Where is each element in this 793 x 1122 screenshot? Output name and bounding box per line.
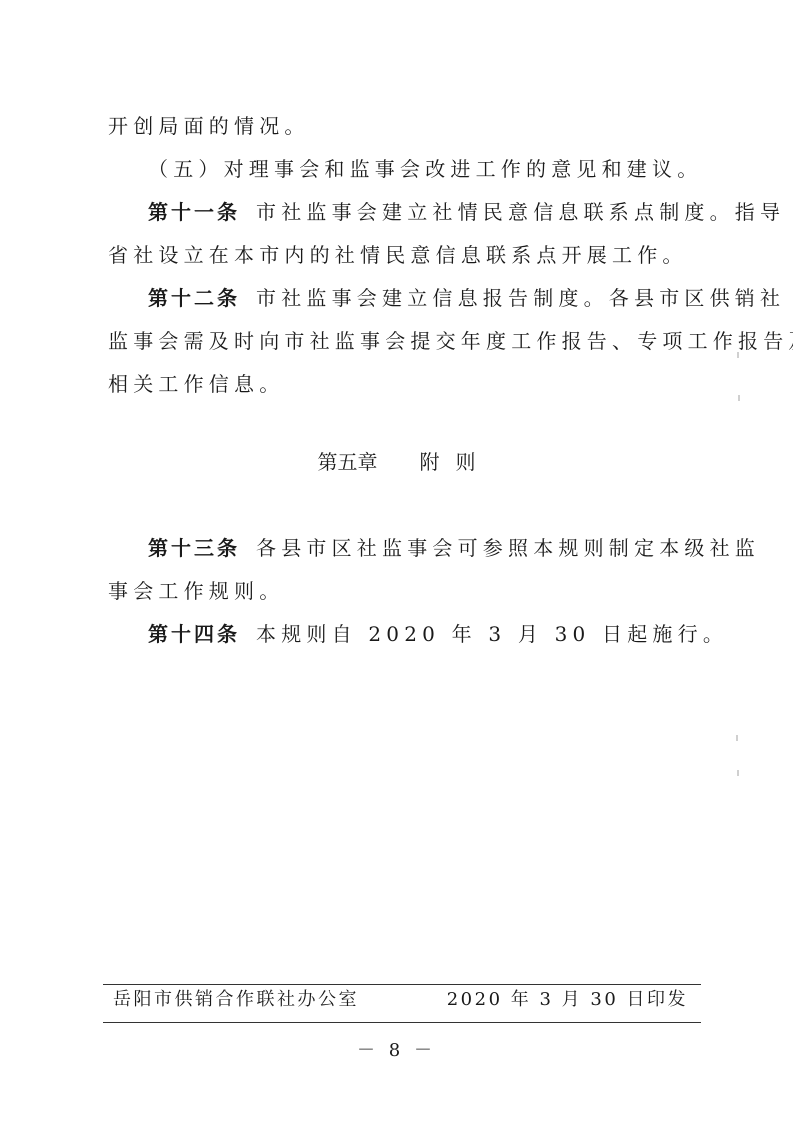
article-13: 第十三条各县市区社监事会可参照本规则制定本级社监	[148, 534, 760, 562]
article-number: 第十三条	[148, 536, 240, 560]
scan-artifact	[738, 395, 740, 401]
article-text: 各县市区社监事会可参照本规则制定本级社监	[256, 536, 760, 560]
scan-artifact	[737, 352, 739, 358]
chapter-title: 附	[420, 450, 440, 474]
article-text: 市社监事会建立信息报告制度。各县市区供销社	[256, 286, 785, 310]
footer-issue-info: 岳阳市供销合作联社办公室 2020 年 3 月 30 日印发	[113, 986, 688, 1014]
article-number: 第十一条	[148, 200, 240, 224]
article-text: 市社监事会建立社情民意信息联系点制度。指导	[256, 200, 785, 224]
chapter-title: 则	[456, 450, 476, 474]
article-number: 第十二条	[148, 286, 240, 310]
paragraph-continuation: 开创局面的情况。	[108, 112, 310, 140]
issue-date: 2020 年 3 月 30 日印发	[447, 986, 688, 1014]
footer-top-rule	[103, 984, 701, 985]
article-11-continued: 省社设立在本市内的社情民意信息联系点开展工作。	[108, 241, 688, 269]
list-item-five: （五）对理事会和监事会改进工作的意见和建议。	[148, 155, 702, 183]
issuer: 岳阳市供销合作联社办公室	[113, 986, 359, 1014]
page-number: － 8 －	[0, 1036, 793, 1062]
article-12: 第十二条市社监事会建立信息报告制度。各县市区供销社	[148, 284, 785, 312]
article-12-continued: 监事会需及时向市社监事会提交年度工作报告、专项工作报告及	[108, 327, 793, 355]
article-text: 本规则自 2020 年 3 月 30 日起施行。	[256, 622, 728, 646]
article-14: 第十四条本规则自 2020 年 3 月 30 日起施行。	[148, 620, 728, 648]
scan-artifact	[737, 770, 739, 776]
article-11: 第十一条市社监事会建立社情民意信息联系点制度。指导	[148, 198, 785, 226]
article-12-continued: 相关工作信息。	[108, 370, 284, 398]
scan-artifact	[736, 735, 738, 741]
chapter-heading: 第五章附则	[0, 448, 793, 476]
footer-bottom-rule	[103, 1022, 701, 1023]
chapter-number: 第五章	[318, 450, 378, 474]
article-13-continued: 事会工作规则。	[108, 577, 284, 605]
article-number: 第十四条	[148, 622, 240, 646]
